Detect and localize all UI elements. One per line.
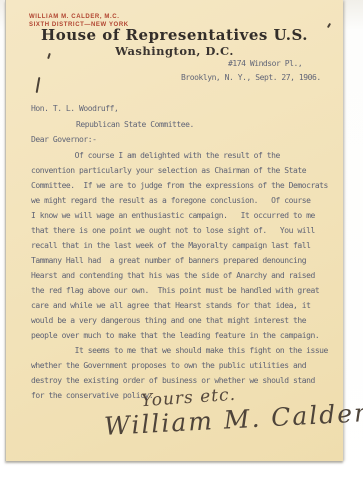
sender-city-date: Brooklyn, N. Y., Sept. 27, 1906. [181,73,321,82]
scan-background: WILLIAM M. CALDER, M.C. SIXTH DISTRICT—N… [0,0,363,500]
recipient-organization: Republican State Committee. [76,120,194,129]
body-line: convention particularly your selection a… [31,163,337,178]
body-line: the red flag above our own. This point m… [31,283,337,298]
body-line: I know we will wage an enthusiastic camp… [31,208,337,223]
body-line: It seems to me that we should make this … [31,343,337,358]
letterhead-org-title: House of Representatives U.S. [6,26,343,44]
body-line: recall that in the last week of the Mayo… [31,238,337,253]
body-line: we might regard the result as a foregone… [31,193,337,208]
letterhead-org-place: Washington, D.C. [6,44,343,58]
stray-ink-mark [36,77,41,93]
sender-street-address: #174 Windsor Pl., [228,59,302,68]
salutation: Dear Governor:- [31,135,97,144]
body-line: would be a very dangerous thing and one … [31,313,337,328]
body-line: people over much to make that the leadin… [31,328,337,343]
body-line: Committee. If we are to judge from the e… [31,178,337,193]
body-line: care and while we all agree that Hearst … [31,298,337,313]
recipient-name: Hon. T. L. Woodruff, [31,104,118,113]
letter-body: Of course I am delighted with the result… [31,148,337,403]
body-line: whether the Government proposes to own t… [31,358,337,373]
body-line: destroy the existing order of business o… [31,373,337,388]
body-line: Hearst and contending that his was the s… [31,268,337,283]
body-line: that there is one point we ought not to … [31,223,337,238]
member-name-line: WILLIAM M. CALDER, M.C. [29,13,129,21]
body-line: Of course I am delighted with the result… [31,148,337,163]
body-line: Tammany Hall had a great number of banne… [31,253,337,268]
letter-page: WILLIAM M. CALDER, M.C. SIXTH DISTRICT—N… [5,0,343,461]
